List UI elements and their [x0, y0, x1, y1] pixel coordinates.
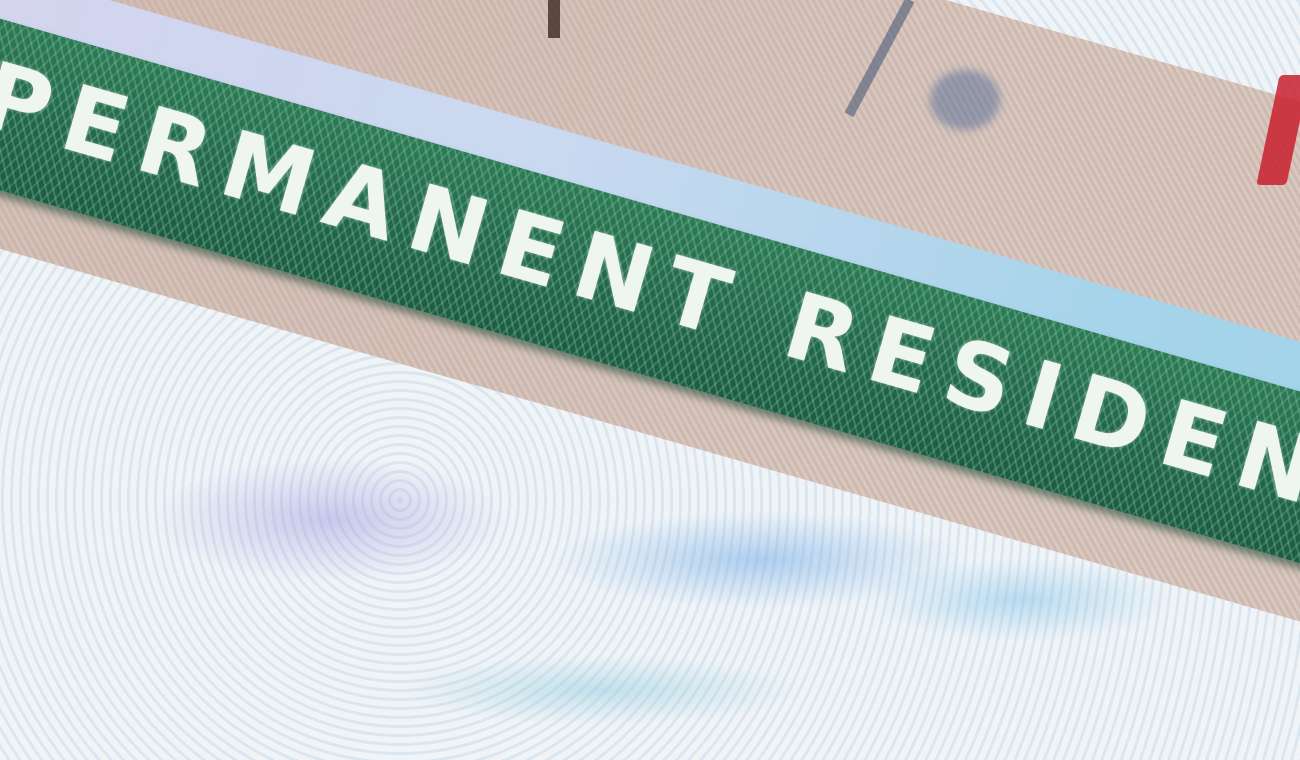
blue-stamp: [930, 70, 1000, 130]
dark-mark: [548, 0, 560, 38]
photo-scene: PERMANENT RESIDEN: [0, 0, 1300, 760]
